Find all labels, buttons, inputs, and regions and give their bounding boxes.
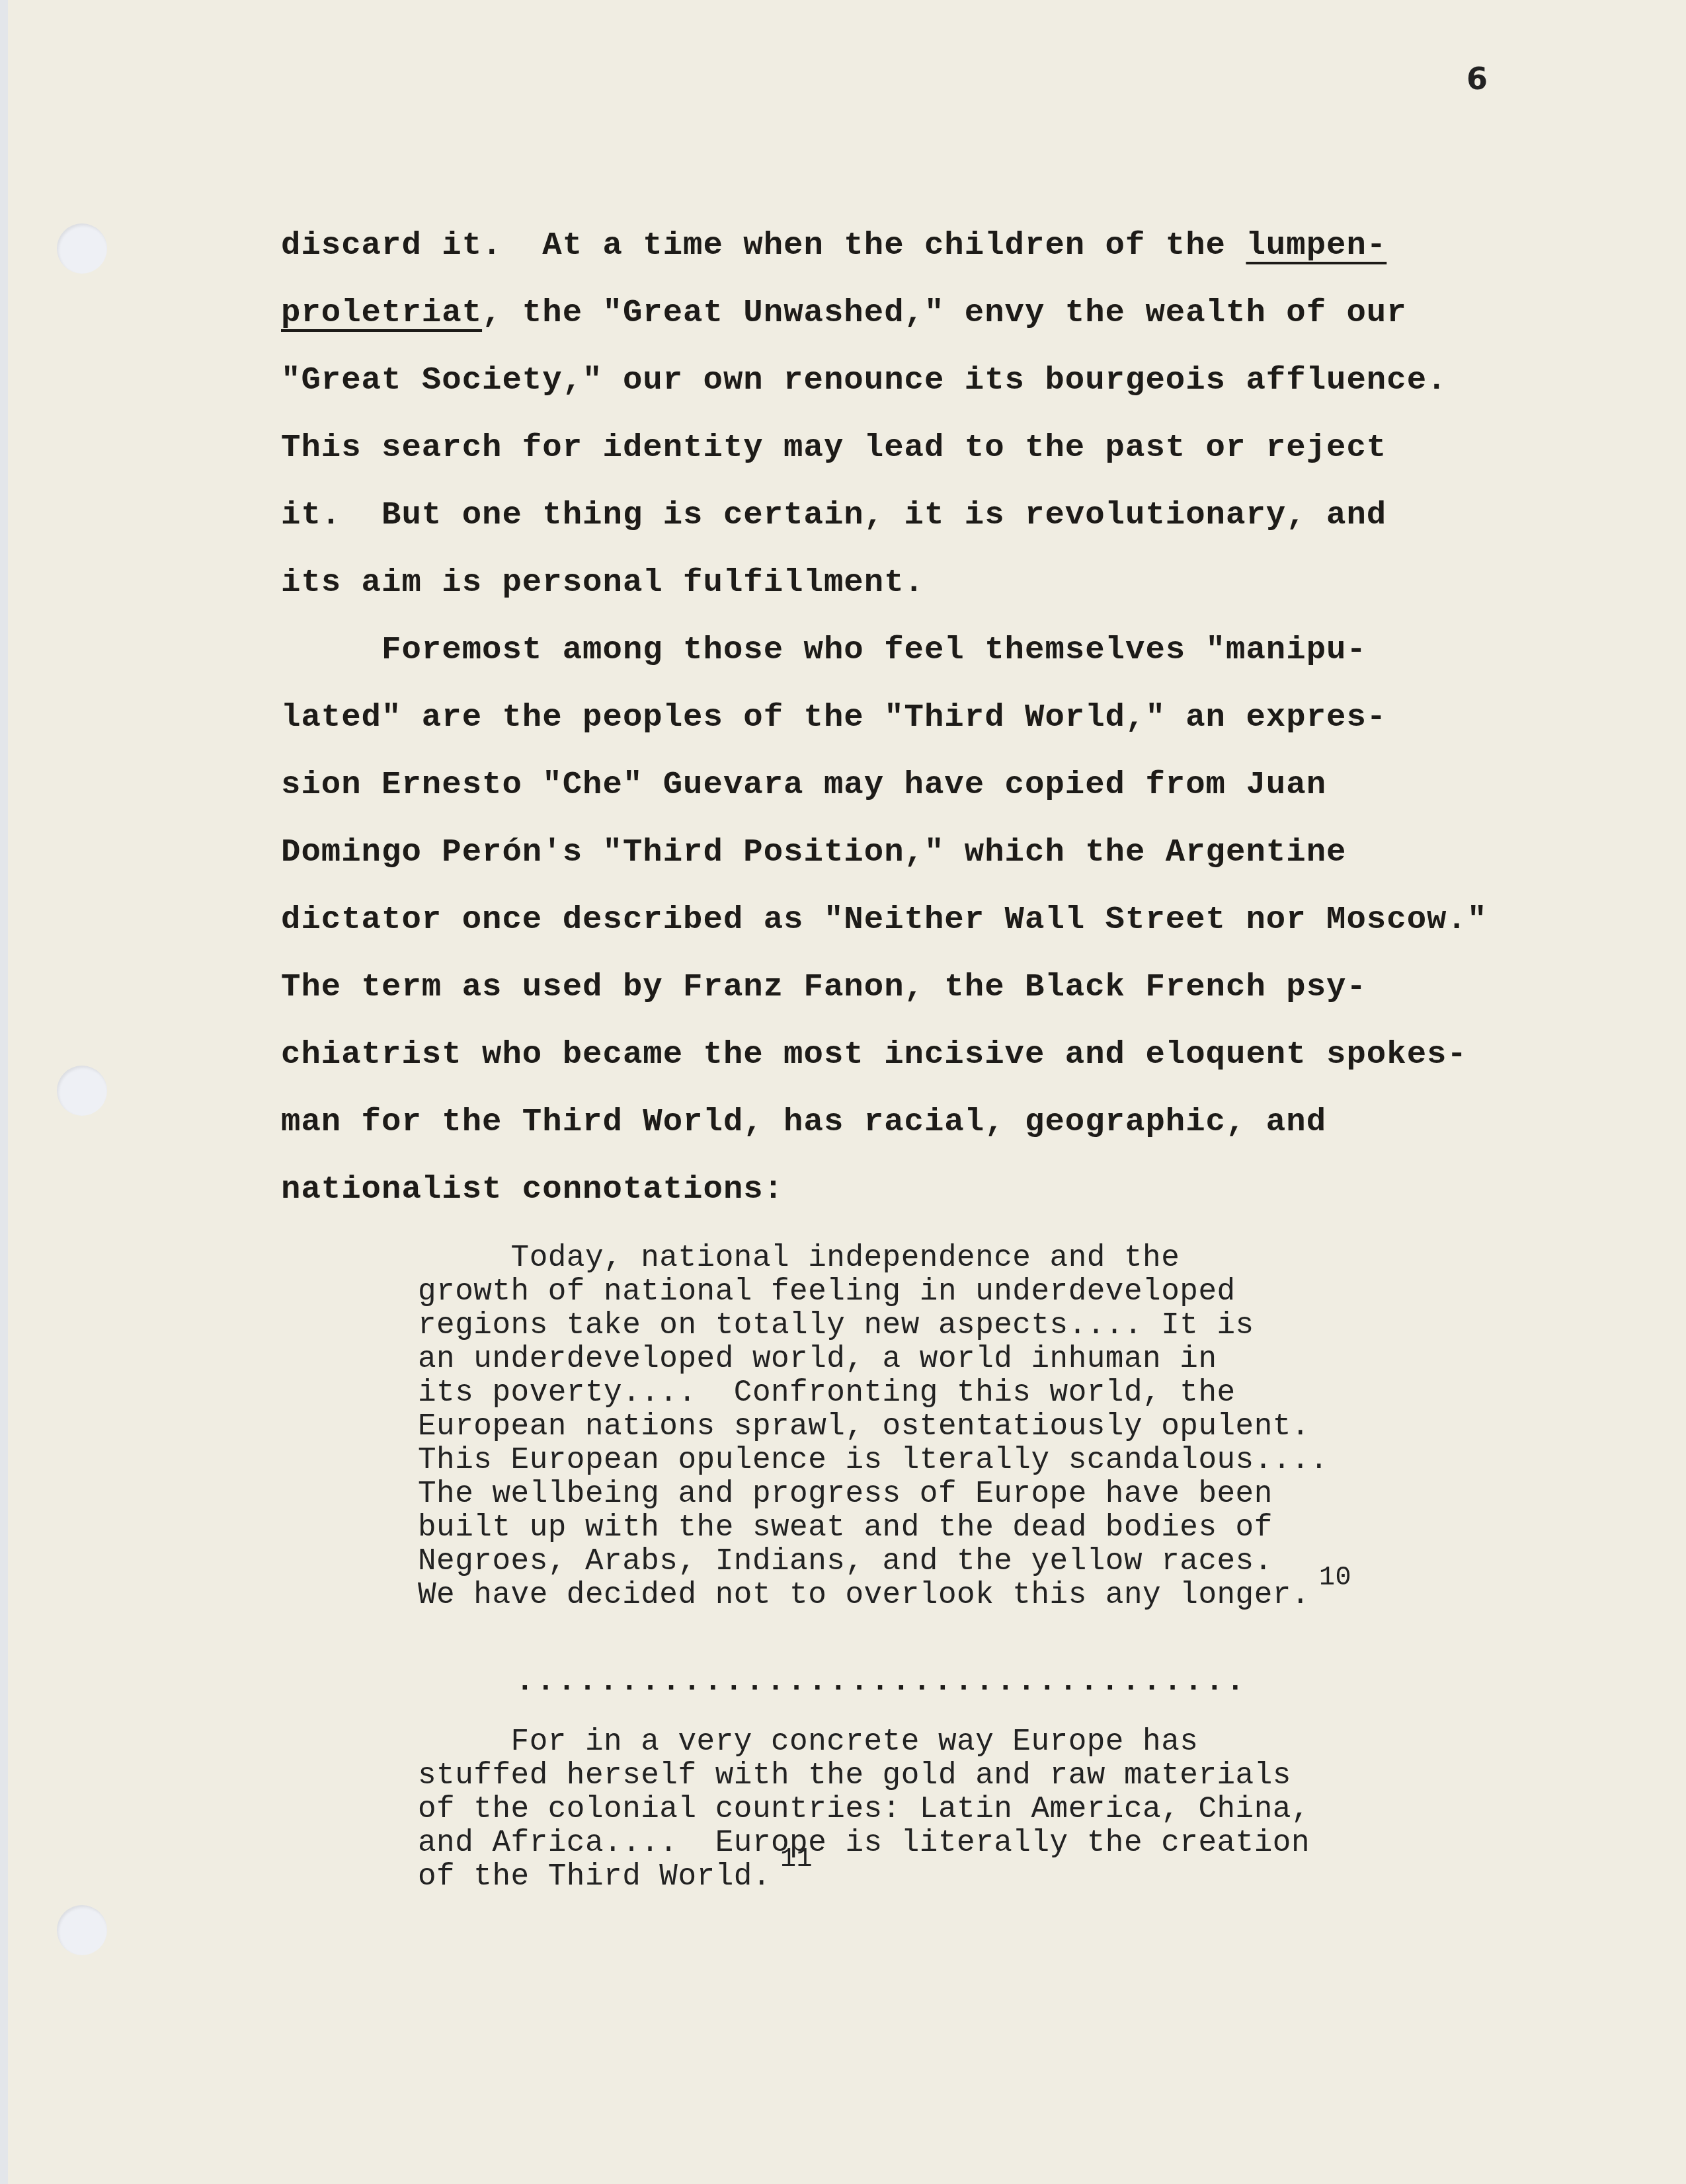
text-line: it. But one thing is certain, it is revo… — [281, 481, 1570, 549]
text-line: its aim is personal fulfillment. — [281, 549, 1570, 616]
scan-edge — [0, 0, 8, 2184]
page-number: 6 — [1466, 61, 1488, 97]
text-line: discard it. At a time when the children … — [281, 212, 1570, 279]
quote-line: regions take on totally new aspects.... … — [418, 1309, 1476, 1343]
quote-line: European nations sprawl, ostentatiously … — [418, 1410, 1476, 1444]
quote-line: This European opulence is lterally scand… — [418, 1444, 1476, 1477]
binder-hole-middle — [57, 1066, 107, 1116]
quote-line: its poverty.... Confronting this world, … — [418, 1376, 1476, 1410]
underlined-word: proletriat — [281, 294, 482, 331]
ellipsis-separator: ................................... — [516, 1664, 1309, 1699]
quote-line: Negroes, Arabs, Indians, and the yellow … — [418, 1545, 1476, 1579]
text-line: chiatrist who became the most incisive a… — [281, 1021, 1570, 1088]
body-paragraphs: discard it. At a time when the children … — [281, 212, 1570, 1223]
text-line: sion Ernesto "Che" Guevara may have copi… — [281, 751, 1570, 818]
quote-text: of the Third World. — [418, 1859, 771, 1894]
quote-line: For in a very concrete way Europe has — [418, 1725, 1476, 1759]
block-quote-fanon-2: For in a very concrete way Europe has st… — [418, 1725, 1476, 1895]
block-quote-fanon-1: Today, national independence and the gro… — [418, 1241, 1476, 1614]
quote-line: of the colonial countries: Latin America… — [418, 1793, 1476, 1826]
binder-hole-top — [57, 223, 107, 274]
text-line: Foremost among those who feel themselves… — [281, 616, 1570, 683]
quote-line: The wellbeing and progress of Europe hav… — [418, 1477, 1476, 1511]
text-line: nationalist connotations: — [281, 1155, 1570, 1223]
binder-hole-bottom — [57, 1905, 107, 1955]
text-line: lated" are the peoples of the "Third Wor… — [281, 683, 1570, 751]
text-line: "Great Society," our own renounce its bo… — [281, 346, 1570, 414]
quote-line: and Africa.... Europe is literally the c… — [418, 1826, 1476, 1860]
quote-line: We have decided not to overlook this any… — [418, 1579, 1476, 1614]
text-segment: , the "Great Unwashed," envy the wealth … — [482, 294, 1407, 331]
text-line: The term as used by Franz Fanon, the Bla… — [281, 953, 1570, 1021]
quote-line: of the Third World.11 — [418, 1860, 1476, 1895]
underlined-word: lumpen- — [1246, 227, 1386, 264]
quote-text: We have decided not to overlook this any… — [418, 1578, 1310, 1612]
text-line: dictator once described as "Neither Wall… — [281, 886, 1570, 953]
text-line: Domingo Perón's "Third Position," which … — [281, 818, 1570, 886]
quote-line: built up with the sweat and the dead bod… — [418, 1511, 1476, 1545]
footnote-marker: 11 — [780, 1845, 813, 1875]
text-segment: discard it. At a time when the children … — [281, 227, 1246, 264]
text-line: proletriat, the "Great Unwashed," envy t… — [281, 279, 1570, 346]
quote-line: an underdeveloped world, a world inhuman… — [418, 1343, 1476, 1376]
text-line: This search for identity may lead to the… — [281, 414, 1570, 481]
quote-line: Today, national independence and the — [418, 1241, 1476, 1275]
quote-line: stuffed herself with the gold and raw ma… — [418, 1759, 1476, 1793]
footnote-marker: 10 — [1319, 1563, 1351, 1593]
quote-line: growth of national feeling in underdevel… — [418, 1275, 1476, 1309]
text-line: man for the Third World, has racial, geo… — [281, 1088, 1570, 1155]
